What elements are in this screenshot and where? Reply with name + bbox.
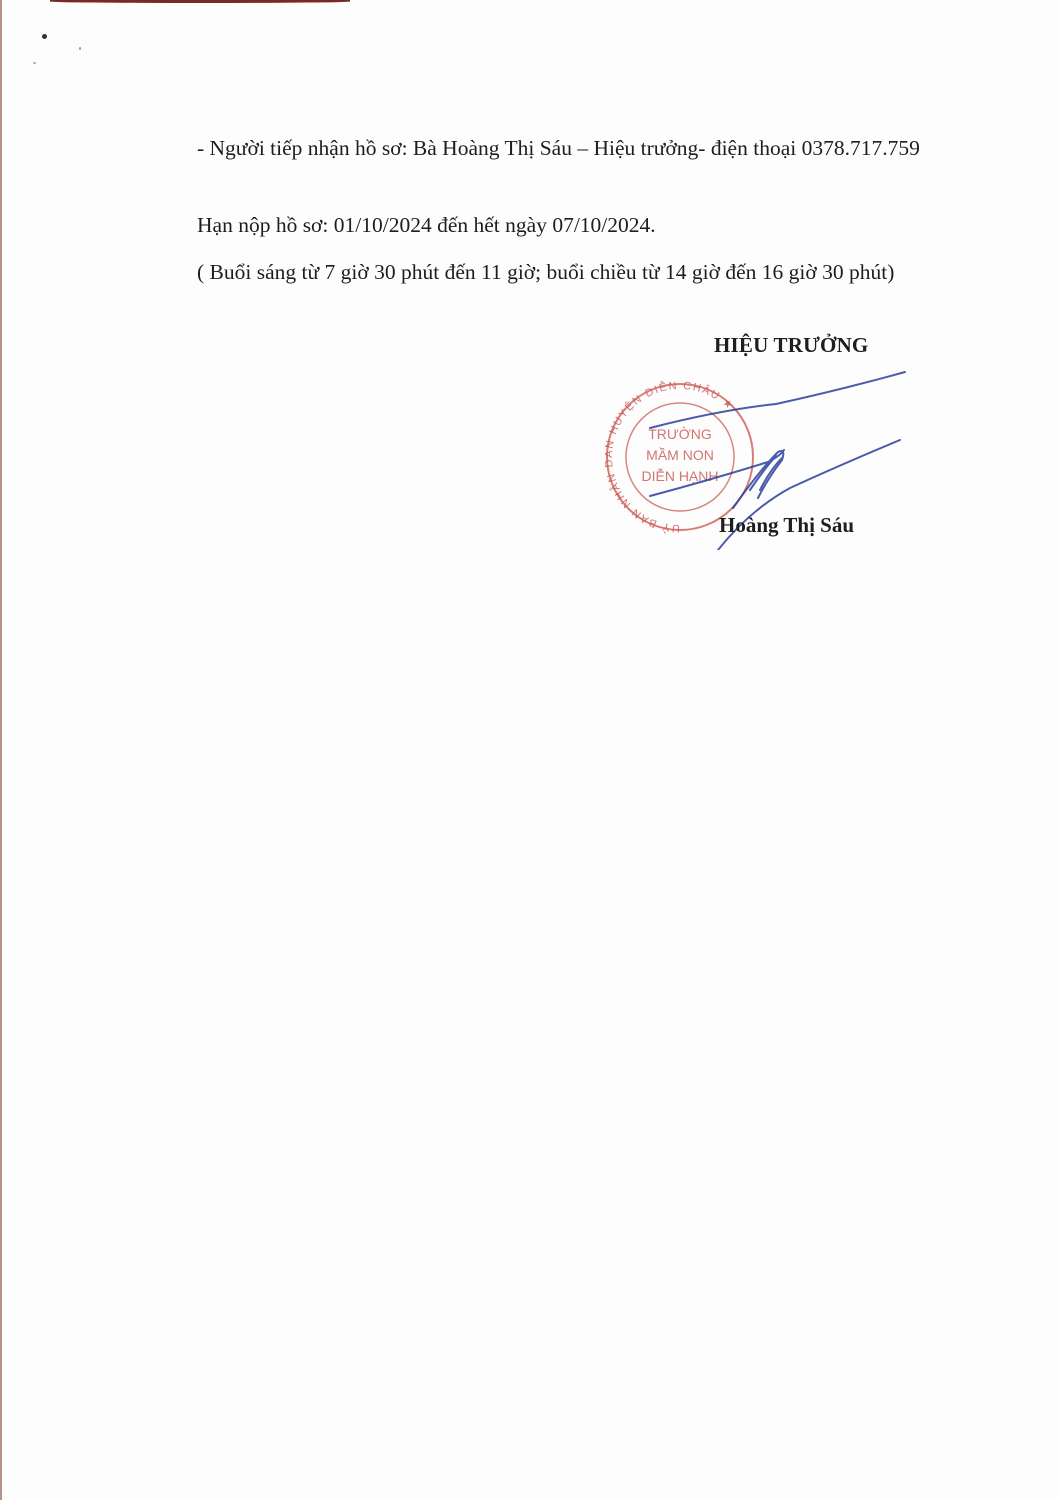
hours-paragraph: ( Buổi sáng từ 7 giờ 30 phút đến 11 giờ;… [131,257,946,288]
scan-speck [42,34,47,39]
receiver-paragraph: - Người tiếp nhận hồ sơ: Bà Hoàng Thị Sá… [131,133,946,164]
scan-speck [33,62,36,64]
scan-left-edge [0,0,2,1500]
signer-name: Hoàng Thị Sáu [719,513,854,538]
scan-top-edge [50,0,350,3]
signer-title: HIỆU TRƯỞNG [714,333,868,358]
deadline-paragraph: Hạn nộp hồ sơ: 01/10/2024 đến hết ngày 0… [131,210,946,241]
scan-speck [79,47,81,50]
